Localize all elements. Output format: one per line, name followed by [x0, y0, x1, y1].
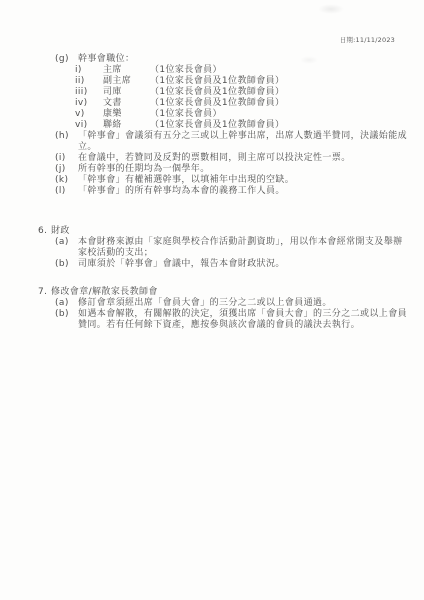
clause-l: (l) 「幹事會」的所有幹事均為本會的義務工作人員。 — [38, 186, 410, 197]
section-number: 7. — [38, 287, 51, 298]
clause-text: 幹事會職位： — [78, 54, 410, 65]
position-composition: （1位家長會員及1位教師會員） — [150, 98, 410, 109]
position-composition: （1位家長會員及1位教師會員） — [150, 120, 410, 131]
item-label: (a) — [55, 237, 78, 248]
section-finance: 6. 財政 (a) 本會財務來源由「家庭與學校合作活動計劃資助」，用以作本會經常… — [38, 226, 410, 270]
position-row: iv) 文書 （1位家長會員及1位教師會員） — [75, 98, 410, 109]
section-item-b: (b) 司庫須於「幹事會」會議中，報告本會財政狀況。 — [38, 259, 410, 270]
position-row: ii) 副主席 （1位家長會員及1位教師會員） — [75, 76, 410, 87]
position-numeral: vi) — [75, 120, 103, 131]
clause-g: (g) 幹事會職位： — [38, 54, 410, 65]
clause-k: (k) 「幹事會」有權補選幹事，以填補年中出現的空缺。 — [38, 175, 410, 186]
scanned-document-page: 日期:11/11/2023 (g) 幹事會職位： i) 主席 （1位家長會員） … — [0, 0, 424, 600]
item-label: (b) — [55, 309, 78, 320]
clause-i: (i) 在會議中，若贊同及反對的票數相同，則主席可以投決定性一票。 — [38, 153, 410, 164]
clause-list: (g) 幹事會職位： i) 主席 （1位家長會員） ii) 副主席 （1位家長會… — [38, 54, 410, 197]
position-row: vi) 聯絡 （1位家長會員及1位教師會員） — [75, 120, 410, 131]
position-row: v) 康樂 （1位家長會員） — [75, 109, 410, 120]
position-numeral: iii) — [75, 87, 103, 98]
position-numeral: i) — [75, 65, 103, 76]
position-composition: （1位家長會員及1位教師會員） — [150, 76, 410, 87]
section-item-a: (a) 本會財務來源由「家庭與學校合作活動計劃資助」，用以作本會經常開支及舉辦家… — [38, 237, 410, 259]
position-row: iii) 司庫 （1位家長會員及1位教師會員） — [75, 87, 410, 98]
position-title: 主席 — [103, 65, 150, 76]
section-item-b: (b) 如遇本會解散，有關解散的決定，須獲出席「會員大會」的三分之二或以上會員贊… — [38, 309, 410, 331]
clause-label: (k) — [55, 175, 78, 186]
position-composition: （1位家長會員及1位教師會員） — [150, 87, 410, 98]
document-content: (g) 幹事會職位： i) 主席 （1位家長會員） ii) 副主席 （1位家長會… — [38, 54, 410, 331]
section-number: 6. — [38, 226, 51, 237]
position-list: i) 主席 （1位家長會員） ii) 副主席 （1位家長會員及1位教師會員） i… — [38, 65, 410, 131]
position-row: i) 主席 （1位家長會員） — [75, 65, 410, 76]
section-heading: 7. 修改會章/解散家長教師會 — [38, 287, 410, 298]
item-text: 本會財務來源由「家庭與學校合作活動計劃資助」，用以作本會經常開支及舉辦家校活動的… — [78, 237, 410, 259]
position-title: 司庫 — [103, 87, 150, 98]
section-heading: 6. 財政 — [38, 226, 410, 237]
clause-text: 「幹事會」的所有幹事均為本會的義務工作人員。 — [78, 186, 410, 197]
item-text: 如遇本會解散，有關解散的決定，須獲出席「會員大會」的三分之二或以上會員贊同。若有… — [78, 309, 410, 331]
position-composition: （1位家長會員） — [150, 65, 410, 76]
clause-h: (h) 「幹事會」會議須有五分之三或以上幹事出席，出席人數過半贊同，決議始能成立… — [38, 131, 410, 153]
clause-label: (g) — [55, 54, 78, 65]
section-item-a: (a) 修訂會章須經出席「會員大會」的三分之二或以上會員通過。 — [38, 298, 410, 309]
position-title: 副主席 — [103, 76, 150, 87]
item-text: 司庫須於「幹事會」會議中，報告本會財政狀況。 — [78, 259, 410, 270]
clause-text: 在會議中，若贊同及反對的票數相同，則主席可以投決定性一票。 — [78, 153, 410, 164]
position-numeral: iv) — [75, 98, 103, 109]
position-title: 聯絡 — [103, 120, 150, 131]
item-label: (b) — [55, 259, 78, 270]
clause-label: (l) — [55, 186, 78, 197]
position-composition: （1位家長會員） — [150, 109, 410, 120]
position-numeral: v) — [75, 109, 103, 120]
section-title: 財政 — [51, 226, 410, 237]
clause-j: (j) 所有幹事的任期均為一個學年。 — [38, 164, 410, 175]
section-title: 修改會章/解散家長教師會 — [51, 287, 410, 298]
item-label: (a) — [55, 298, 78, 309]
document-date: 日期:11/11/2023 — [340, 36, 395, 44]
section-amendment: 7. 修改會章/解散家長教師會 (a) 修訂會章須經出席「會員大會」的三分之二或… — [38, 287, 410, 331]
clause-label: (j) — [55, 164, 78, 175]
item-text: 修訂會章須經出席「會員大會」的三分之二或以上會員通過。 — [78, 298, 410, 309]
position-numeral: ii) — [75, 76, 103, 87]
clause-text: 「幹事會」會議須有五分之三或以上幹事出席，出席人數過半贊同，決議始能成立。 — [78, 131, 410, 153]
clause-text: 「幹事會」有權補選幹事，以填補年中出現的空缺。 — [78, 175, 410, 186]
clause-text: 所有幹事的任期均為一個學年。 — [78, 164, 410, 175]
position-title: 文書 — [103, 98, 150, 109]
position-title: 康樂 — [103, 109, 150, 120]
scan-smudge — [318, 4, 344, 14]
clause-label: (i) — [55, 153, 78, 164]
clause-label: (h) — [55, 131, 78, 142]
